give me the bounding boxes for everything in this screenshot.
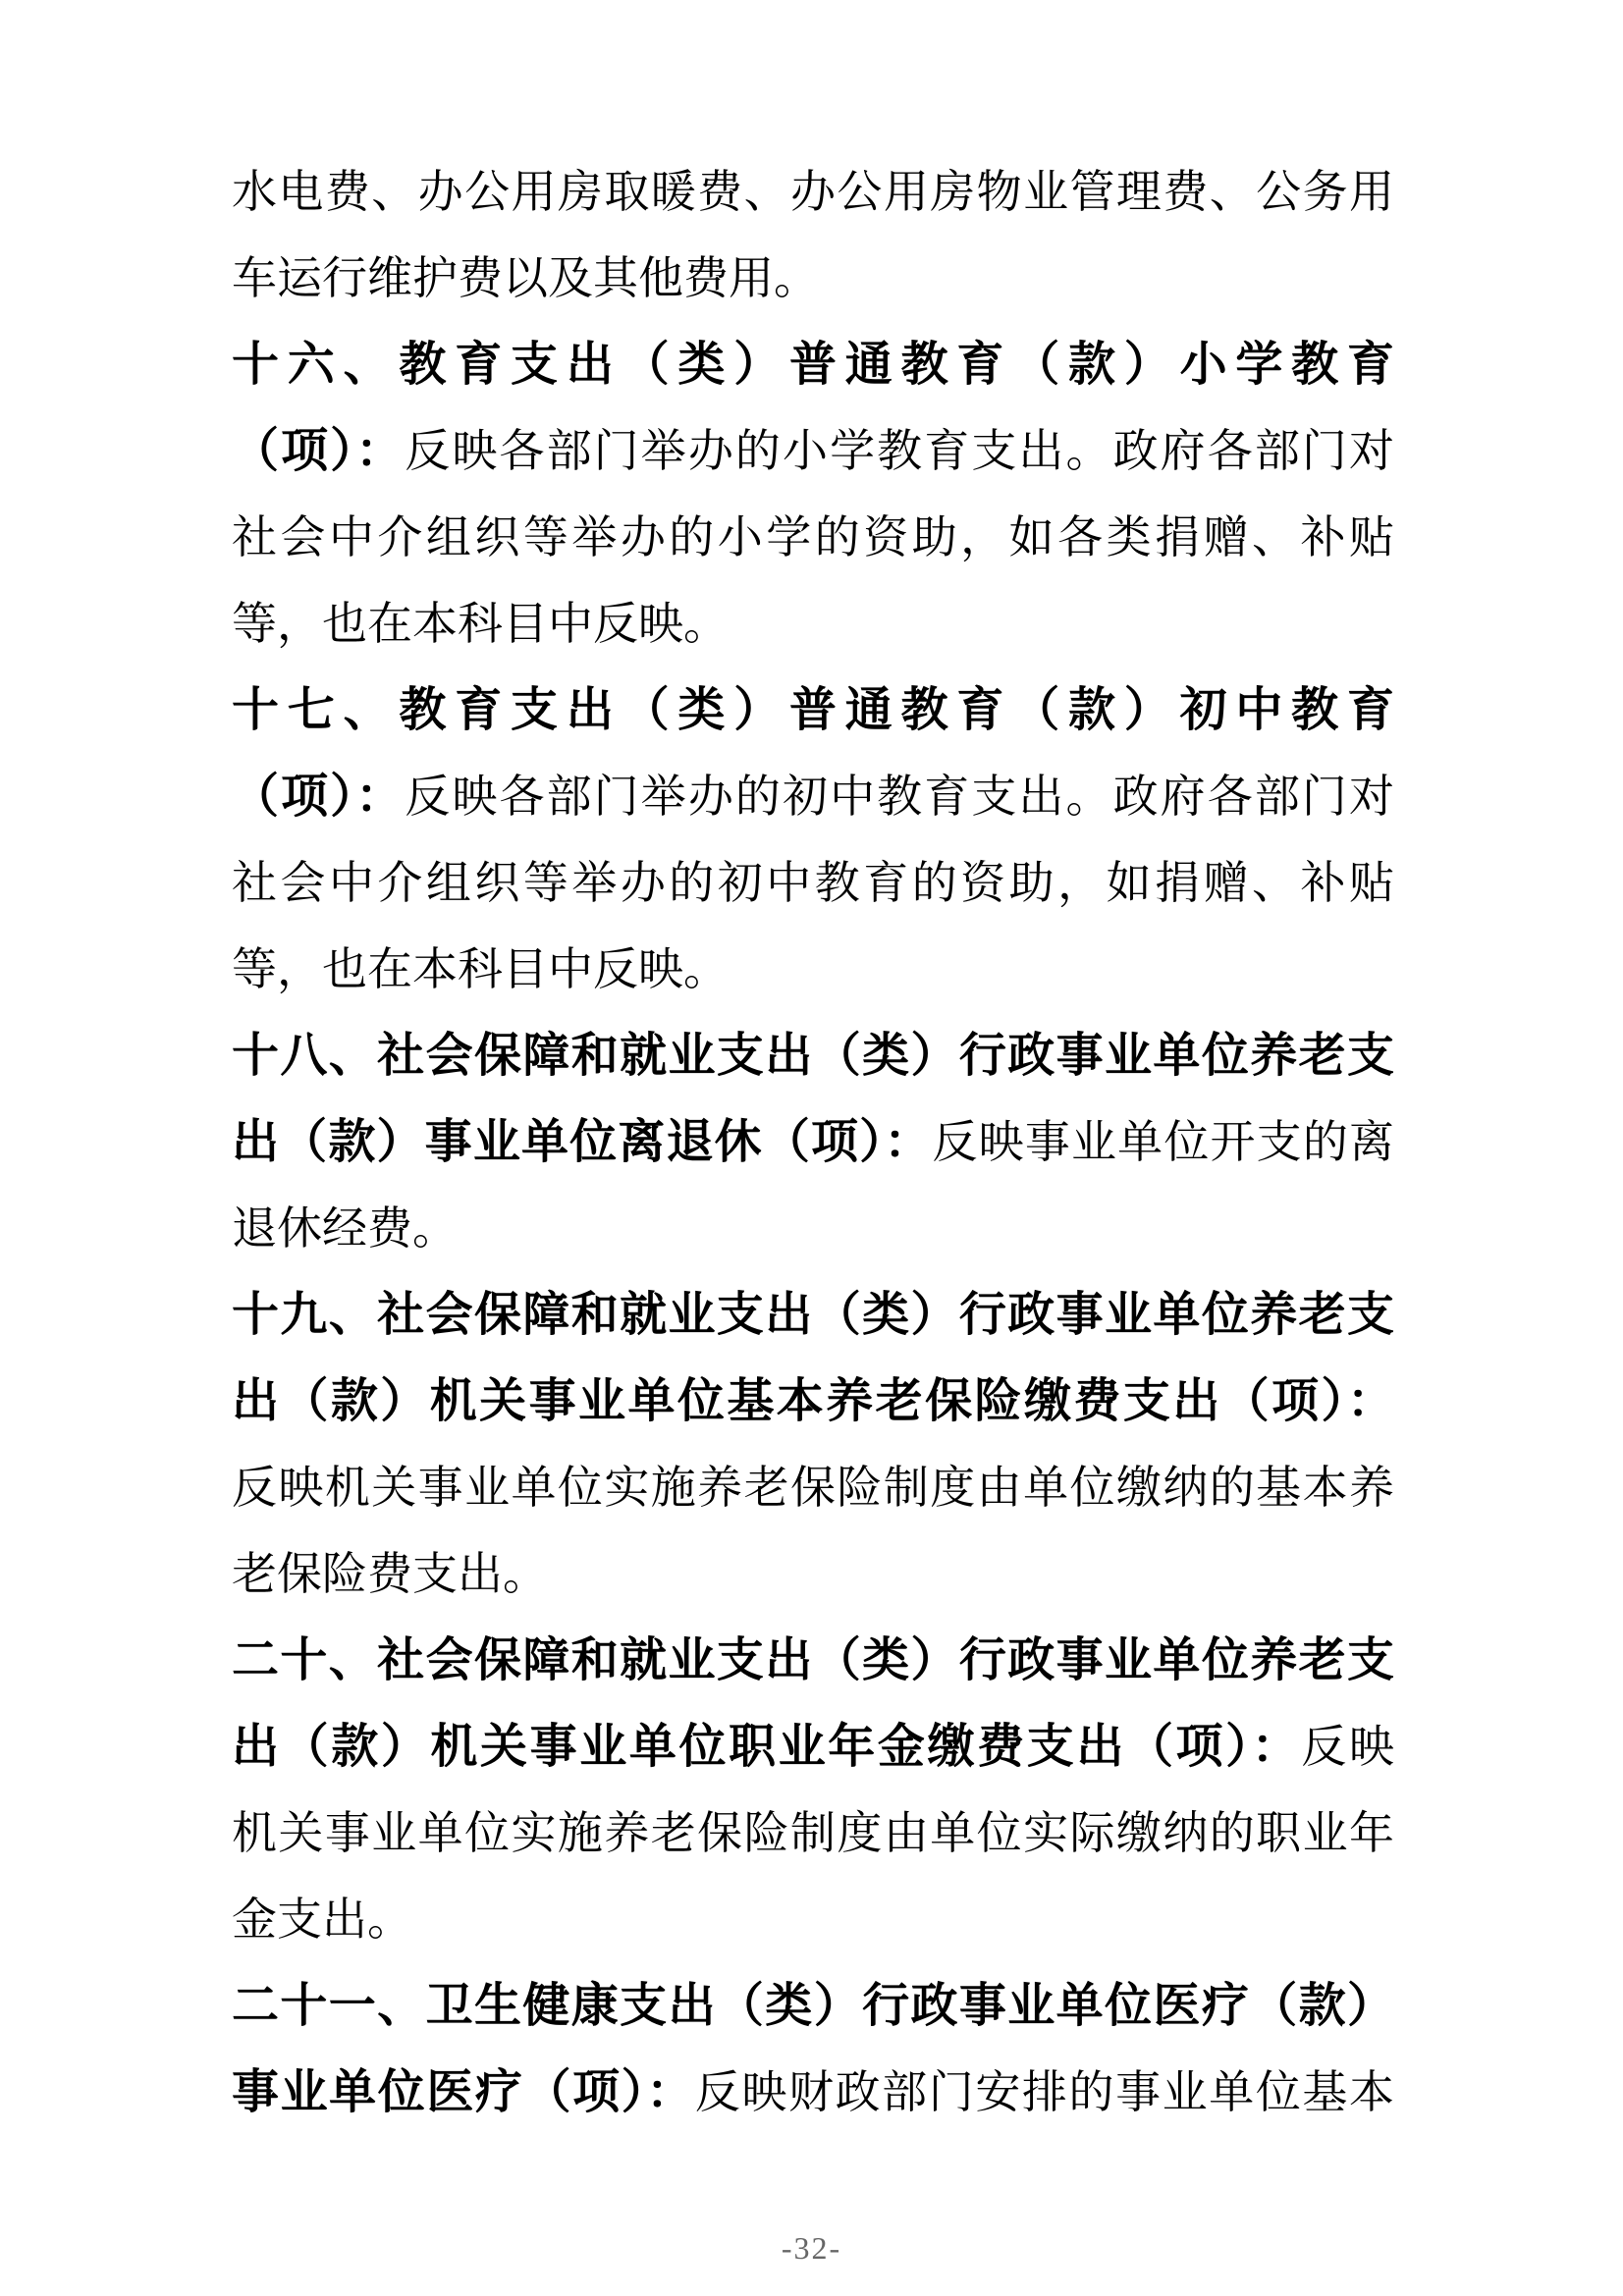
body-text: 机关事业单位实施养老保险制度由单位实际缴纳的职业年 xyxy=(232,1808,1394,1858)
text-line: 事业单位医疗（项）：反映财政部门安排的事业单位基本 xyxy=(232,2050,1394,2136)
text-line: 社会中介组织等举办的初中教育的资助，如捐赠、补贴 xyxy=(232,840,1394,927)
body-text: 退休经费。 xyxy=(232,1203,458,1254)
body-text: 老保险费支出。 xyxy=(232,1549,548,1599)
heading-text: 十九、社会保障和就业支出（类）行政事业单位养老支 xyxy=(232,1289,1394,1341)
body-text: 反映事业单位开支的离 xyxy=(933,1117,1395,1167)
heading-text: （项）： xyxy=(232,425,405,477)
heading-text: 事业单位医疗（项）： xyxy=(232,2066,695,2118)
body-text: 反映各部门举办的初中教育支出。政府各部门对 xyxy=(405,772,1394,822)
body-text: 反映机关事业单位实施养老保险制度由单位缴纳的基本养 xyxy=(232,1463,1394,1513)
body-text: 反映各部门举办的小学教育支出。政府各部门对 xyxy=(405,426,1394,476)
text-line: 二十一、卫生健康支出（类）行政事业单位医疗（款） xyxy=(232,1963,1394,2050)
text-line: 十八、社会保障和就业支出（类）行政事业单位养老支 xyxy=(232,1013,1394,1099)
text-line: 出（款）事业单位离退休（项）：反映事业单位开支的离 xyxy=(232,1099,1394,1186)
heading-text: 二十、社会保障和就业支出（类）行政事业单位养老支 xyxy=(232,1634,1394,1686)
body-text: 社会中介组织等举办的小学的资助，如各类捐赠、补贴 xyxy=(232,512,1394,562)
document-body: 水电费、办公用房取暖费、办公用房物业管理费、公务用车运行维护费以及其他费用。十六… xyxy=(232,149,1394,2136)
text-line: 水电费、办公用房取暖费、办公用房物业管理费、公务用 xyxy=(232,149,1394,236)
text-line: 十九、社会保障和就业支出（类）行政事业单位养老支 xyxy=(232,1272,1394,1359)
body-text: 社会中介组织等举办的初中教育的资助，如捐赠、补贴 xyxy=(232,858,1394,908)
heading-text: 出（款）机关事业单位基本养老保险缴费支出（项）： xyxy=(232,1375,1394,1427)
text-line: （项）：反映各部门举办的初中教育支出。政府各部门对 xyxy=(232,754,1394,840)
text-line: （项）：反映各部门举办的小学教育支出。政府各部门对 xyxy=(232,408,1394,495)
body-text: 车运行维护费以及其他费用。 xyxy=(232,253,819,303)
body-text: 等，也在本科目中反映。 xyxy=(232,944,729,994)
heading-text: 二十一、卫生健康支出（类）行政事业单位医疗（款） xyxy=(232,1980,1394,2032)
text-line: 老保险费支出。 xyxy=(232,1531,1394,1618)
text-line: 出（款）机关事业单位基本养老保险缴费支出（项）： xyxy=(232,1359,1394,1445)
text-line: 出（款）机关事业单位职业年金缴费支出（项）：反映 xyxy=(232,1704,1394,1790)
heading-text: （项）： xyxy=(232,771,405,823)
body-text: 水电费、办公用房取暖费、办公用房物业管理费、公务用 xyxy=(232,167,1394,217)
text-line: 等，也在本科目中反映。 xyxy=(232,927,1394,1013)
heading-text: 十六、教育支出（类）普通教育（款）小学教育 xyxy=(232,339,1394,391)
text-line: 二十、社会保障和就业支出（类）行政事业单位养老支 xyxy=(232,1618,1394,1704)
heading-text: 出（款）事业单位离退休（项）： xyxy=(232,1116,933,1168)
body-text: 金支出。 xyxy=(232,1895,412,1945)
heading-text: 十七、教育支出（类）普通教育（款）初中教育 xyxy=(232,684,1394,736)
text-line: 十七、教育支出（类）普通教育（款）初中教育 xyxy=(232,667,1394,754)
page-number: -32- xyxy=(0,2230,1623,2267)
text-line: 机关事业单位实施养老保险制度由单位实际缴纳的职业年 xyxy=(232,1790,1394,1877)
heading-text: 出（款）机关事业单位职业年金缴费支出（项）： xyxy=(232,1721,1301,1773)
text-line: 等，也在本科目中反映。 xyxy=(232,581,1394,667)
text-line: 社会中介组织等举办的小学的资助，如各类捐赠、补贴 xyxy=(232,495,1394,581)
body-text: 等，也在本科目中反映。 xyxy=(232,599,729,649)
text-line: 退休经费。 xyxy=(232,1186,1394,1272)
text-line: 车运行维护费以及其他费用。 xyxy=(232,236,1394,322)
heading-text: 十八、社会保障和就业支出（类）行政事业单位养老支 xyxy=(232,1030,1394,1082)
body-text: 反映财政部门安排的事业单位基本 xyxy=(695,2067,1394,2117)
document-page: 水电费、办公用房取暖费、办公用房物业管理费、公务用车运行维护费以及其他费用。十六… xyxy=(0,0,1623,2296)
text-line: 十六、教育支出（类）普通教育（款）小学教育 xyxy=(232,322,1394,408)
text-line: 反映机关事业单位实施养老保险制度由单位缴纳的基本养 xyxy=(232,1445,1394,1531)
body-text: 反映 xyxy=(1301,1722,1394,1772)
text-line: 金支出。 xyxy=(232,1877,1394,1963)
